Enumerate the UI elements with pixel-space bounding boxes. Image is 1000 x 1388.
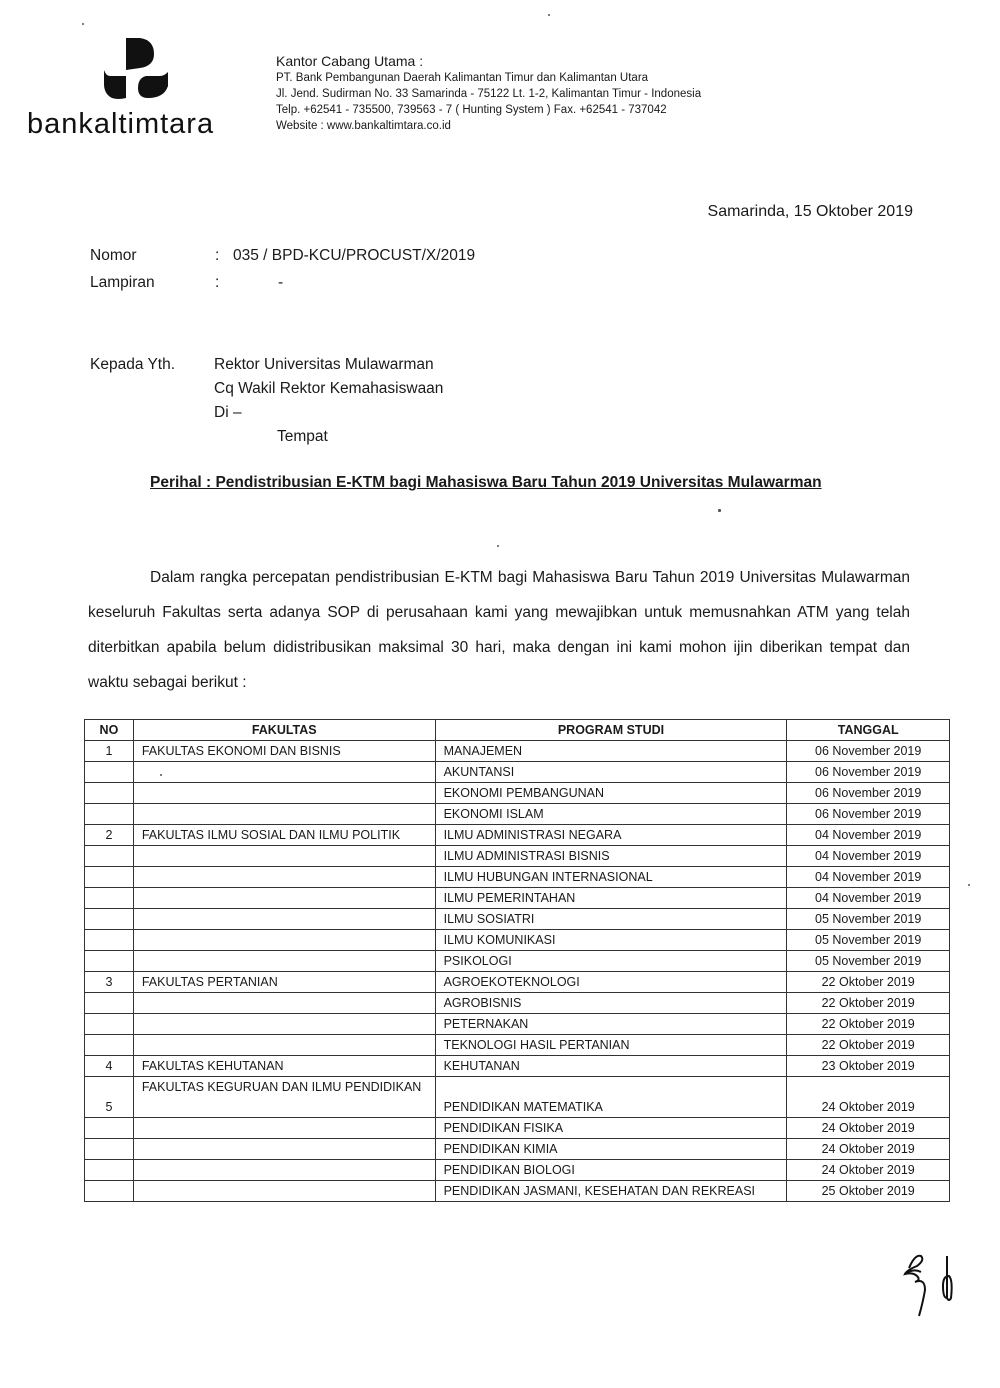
table-row: PENDIDIKAN FISIKA24 Oktober 2019 — [85, 1118, 950, 1139]
recipient-label: Kepada Yth. — [90, 353, 175, 377]
header-fakultas: FAKULTAS — [133, 720, 435, 741]
cell-tanggal: 05 November 2019 — [787, 909, 950, 930]
cell-tanggal: 22 Oktober 2019 — [787, 1035, 950, 1056]
cell-program-studi: PENDIDIKAN KIMIA — [435, 1139, 787, 1160]
cell-tanggal: 24 Oktober 2019 — [787, 1077, 950, 1118]
company-phone: Telp. +62541 - 735500, 739563 - 7 ( Hunt… — [276, 102, 701, 118]
cell-program-studi: MANAJEMEN — [435, 741, 787, 762]
company-website: Website : www.bankaltimtara.co.id — [276, 118, 701, 134]
recipient-line-1: Rektor Universitas Mulawarman — [214, 353, 443, 377]
table-row: ILMU KOMUNIKASI05 November 2019 — [85, 930, 950, 951]
cell-tanggal: 24 Oktober 2019 — [787, 1118, 950, 1139]
header-tanggal: TANGGAL — [787, 720, 950, 741]
cell-no: 5 — [85, 1077, 134, 1118]
cell-program-studi: ILMU HUBUNGAN INTERNASIONAL — [435, 867, 787, 888]
cell-no — [85, 1181, 134, 1202]
nomor-colon: : — [215, 247, 219, 265]
cell-fakultas — [133, 762, 435, 783]
cell-tanggal: 24 Oktober 2019 — [787, 1139, 950, 1160]
lampiran-value: - — [278, 274, 283, 292]
table-header-row: NO FAKULTAS PROGRAM STUDI TANGGAL — [85, 720, 950, 741]
cell-program-studi: PENDIDIKAN JASMANI, KESEHATAN DAN REKREA… — [435, 1181, 787, 1202]
cell-tanggal: 23 Oktober 2019 — [787, 1056, 950, 1077]
table-row: ILMU PEMERINTAHAN04 November 2019 — [85, 888, 950, 909]
schedule-table: NO FAKULTAS PROGRAM STUDI TANGGAL 1FAKUL… — [84, 719, 950, 1202]
body-paragraph: Dalam rangka percepatan pendistribusian … — [88, 560, 910, 700]
cell-fakultas — [133, 1160, 435, 1181]
cell-no — [85, 993, 134, 1014]
cell-fakultas — [133, 867, 435, 888]
cell-tanggal: 04 November 2019 — [787, 846, 950, 867]
table-row: 1FAKULTAS EKONOMI DAN BISNISMANAJEMEN06 … — [85, 741, 950, 762]
cell-fakultas: FAKULTAS PERTANIAN — [133, 972, 435, 993]
table-row: EKONOMI ISLAM06 November 2019 — [85, 804, 950, 825]
cell-tanggal: 06 November 2019 — [787, 804, 950, 825]
cell-fakultas: FAKULTAS EKONOMI DAN BISNIS — [133, 741, 435, 762]
cell-fakultas — [133, 1139, 435, 1160]
cell-fakultas — [133, 1035, 435, 1056]
cell-fakultas: FAKULTAS ILMU SOSIAL DAN ILMU POLITIK — [133, 825, 435, 846]
cell-fakultas — [133, 909, 435, 930]
cell-program-studi: AGROBISNIS — [435, 993, 787, 1014]
cell-program-studi: AGROEKOTEKNOLOGI — [435, 972, 787, 993]
cell-no: 1 — [85, 741, 134, 762]
cell-no — [85, 762, 134, 783]
company-name: PT. Bank Pembangunan Daerah Kalimantan T… — [276, 70, 701, 86]
cell-no: 2 — [85, 825, 134, 846]
cell-program-studi: PENDIDIKAN BIOLOGI — [435, 1160, 787, 1181]
cell-fakultas — [133, 846, 435, 867]
cell-tanggal: 25 Oktober 2019 — [787, 1181, 950, 1202]
subject-line: Perihal : Pendistribusian E-KTM bagi Mah… — [150, 474, 822, 492]
cell-program-studi: PENDIDIKAN MATEMATIKA — [435, 1077, 787, 1118]
cell-program-studi: ILMU KOMUNIKASI — [435, 930, 787, 951]
cell-fakultas: FAKULTAS KEGURUAN DAN ILMU PENDIDIKAN — [133, 1077, 435, 1118]
cell-no — [85, 888, 134, 909]
company-address: Jl. Jend. Sudirman No. 33 Samarinda - 75… — [276, 86, 701, 102]
letter-date: Samarinda, 15 Oktober 2019 — [708, 203, 913, 221]
header-no: NO — [85, 720, 134, 741]
cell-fakultas — [133, 930, 435, 951]
table-row: PETERNAKAN22 Oktober 2019 — [85, 1014, 950, 1035]
recipient-line-4: Tempat — [214, 425, 443, 449]
cell-fakultas — [133, 888, 435, 909]
brand-name: bankaltimtara — [27, 108, 214, 141]
cell-program-studi: KEHUTANAN — [435, 1056, 787, 1077]
cell-program-studi: PENDIDIKAN FISIKA — [435, 1118, 787, 1139]
cell-no: 4 — [85, 1056, 134, 1077]
cell-tanggal: 06 November 2019 — [787, 783, 950, 804]
table-row: AKUNTANSI06 November 2019 — [85, 762, 950, 783]
table-row: TEKNOLOGI HASIL PERTANIAN22 Oktober 2019 — [85, 1035, 950, 1056]
cell-program-studi: ILMU ADMINISTRASI NEGARA — [435, 825, 787, 846]
recipient-line-3: Di – — [214, 401, 443, 425]
cell-tanggal: 04 November 2019 — [787, 888, 950, 909]
cell-fakultas — [133, 783, 435, 804]
cell-tanggal: 04 November 2019 — [787, 825, 950, 846]
lampiran-colon: : — [215, 274, 219, 292]
cell-fakultas — [133, 1118, 435, 1139]
cell-no — [85, 1139, 134, 1160]
letterhead-info: Kantor Cabang Utama : PT. Bank Pembangun… — [276, 53, 701, 134]
cell-program-studi: EKONOMI PEMBANGUNAN — [435, 783, 787, 804]
table-row: ILMU HUBUNGAN INTERNASIONAL04 November 2… — [85, 867, 950, 888]
cell-tanggal: 05 November 2019 — [787, 930, 950, 951]
cell-no: 3 — [85, 972, 134, 993]
office-title: Kantor Cabang Utama : — [276, 53, 701, 69]
cell-program-studi: TEKNOLOGI HASIL PERTANIAN — [435, 1035, 787, 1056]
cell-tanggal: 05 November 2019 — [787, 951, 950, 972]
cell-no — [85, 930, 134, 951]
cell-no — [85, 951, 134, 972]
initials-signature-icon — [895, 1240, 965, 1320]
cell-tanggal: 22 Oktober 2019 — [787, 993, 950, 1014]
header-program-studi: PROGRAM STUDI — [435, 720, 787, 741]
cell-tanggal: 22 Oktober 2019 — [787, 972, 950, 993]
cell-fakultas — [133, 993, 435, 1014]
table-row: 4FAKULTAS KEHUTANANKEHUTANAN23 Oktober 2… — [85, 1056, 950, 1077]
nomor-label: Nomor — [90, 247, 137, 265]
cell-no — [85, 846, 134, 867]
cell-tanggal: 22 Oktober 2019 — [787, 1014, 950, 1035]
cell-no — [85, 1160, 134, 1181]
cell-fakultas — [133, 804, 435, 825]
cell-tanggal: 06 November 2019 — [787, 741, 950, 762]
table-row: ILMU ADMINISTRASI BISNIS04 November 2019 — [85, 846, 950, 867]
table-row: PENDIDIKAN JASMANI, KESEHATAN DAN REKREA… — [85, 1181, 950, 1202]
cell-fakultas: FAKULTAS KEHUTANAN — [133, 1056, 435, 1077]
cell-no — [85, 1118, 134, 1139]
cell-no — [85, 867, 134, 888]
cell-program-studi: ILMU PEMERINTAHAN — [435, 888, 787, 909]
cell-program-studi: EKONOMI ISLAM — [435, 804, 787, 825]
cell-tanggal: 24 Oktober 2019 — [787, 1160, 950, 1181]
table-row: EKONOMI PEMBANGUNAN06 November 2019 — [85, 783, 950, 804]
cell-program-studi: ILMU SOSIATRI — [435, 909, 787, 930]
table-row: ILMU SOSIATRI05 November 2019 — [85, 909, 950, 930]
recipient-line-2: Cq Wakil Rektor Kemahasiswaan — [214, 377, 443, 401]
nomor-value: 035 / BPD-KCU/PROCUST/X/2019 — [233, 247, 475, 265]
cell-no — [85, 1014, 134, 1035]
table-row: PENDIDIKAN BIOLOGI24 Oktober 2019 — [85, 1160, 950, 1181]
cell-program-studi: AKUNTANSI — [435, 762, 787, 783]
cell-program-studi: ILMU ADMINISTRASI BISNIS — [435, 846, 787, 867]
table-row: AGROBISNIS22 Oktober 2019 — [85, 993, 950, 1014]
cell-fakultas — [133, 1014, 435, 1035]
cell-program-studi: PETERNAKAN — [435, 1014, 787, 1035]
cell-no — [85, 804, 134, 825]
table-row: PSIKOLOGI05 November 2019 — [85, 951, 950, 972]
bankaltimtara-logo-icon — [104, 36, 168, 102]
cell-fakultas — [133, 1181, 435, 1202]
lampiran-label: Lampiran — [90, 274, 155, 292]
table-row: 5FAKULTAS KEGURUAN DAN ILMU PENDIDIKANPE… — [85, 1077, 950, 1118]
cell-no — [85, 1035, 134, 1056]
table-row: PENDIDIKAN KIMIA24 Oktober 2019 — [85, 1139, 950, 1160]
cell-tanggal: 06 November 2019 — [787, 762, 950, 783]
cell-fakultas — [133, 951, 435, 972]
cell-tanggal: 04 November 2019 — [787, 867, 950, 888]
schedule-table-body: 1FAKULTAS EKONOMI DAN BISNISMANAJEMEN06 … — [85, 741, 950, 1202]
cell-no — [85, 783, 134, 804]
cell-no — [85, 909, 134, 930]
table-row: 3FAKULTAS PERTANIANAGROEKOTEKNOLOGI22 Ok… — [85, 972, 950, 993]
table-row: 2FAKULTAS ILMU SOSIAL DAN ILMU POLITIKIL… — [85, 825, 950, 846]
cell-program-studi: PSIKOLOGI — [435, 951, 787, 972]
